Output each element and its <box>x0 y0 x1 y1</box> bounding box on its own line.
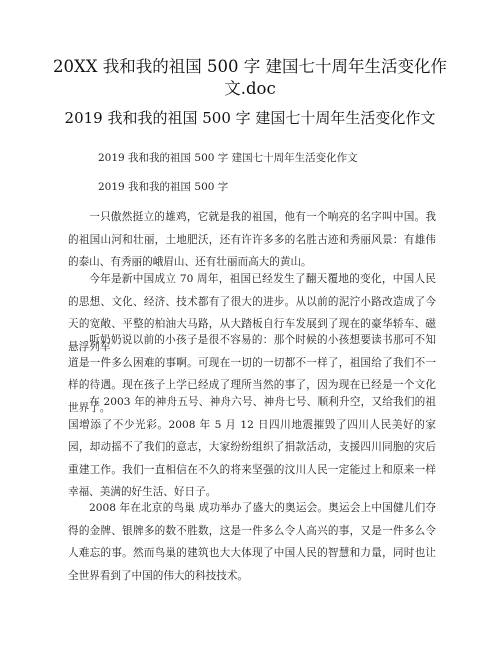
paragraph-5-text: 2008 年在北京的鸟巢 成功举办了盛大的奥运会。奥运会上中国健儿们夺得的金牌、… <box>68 502 436 582</box>
paragraph-1: 一只傲然挺立的雄鸡，它就是我的祖国，他有一个响亮的名字叫中国。我的祖国山河和壮丽… <box>68 206 436 274</box>
paragraph-4-text: 在 2003 年的神舟五号、神舟六号、神舟七号、顺利升空，又给我们的祖国增添了不… <box>68 396 436 498</box>
document-title: 20XX 我和我的祖国 500 字 建国七十周年生活变化作文.doc <box>40 56 460 100</box>
paragraph-4: 在 2003 年的神舟五号、神舟六号、神舟七号、顺利升空，又给我们的祖国增添了不… <box>68 391 436 504</box>
document-subtitle: 2019 我和我的祖国 500 字 建国七十周年生活变化作文 <box>40 108 460 128</box>
paragraph-1-text: 一只傲然挺立的雄鸡，它就是我的祖国，他有一个响亮的名字叫中国。我的祖国山河和壮丽… <box>68 211 436 268</box>
paragraph-5: 2008 年在北京的鸟巢 成功举办了盛大的奥运会。奥运会上中国健儿们夺得的金牌、… <box>68 497 436 587</box>
document-page: 20XX 我和我的祖国 500 字 建国七十周年生活变化作文.doc 2019 … <box>0 0 500 647</box>
heading-line-1: 2019 我和我的祖国 500 字 建国七十周年生活变化作文 <box>98 151 358 165</box>
heading-line-2: 2019 我和我的祖国 500 字 <box>98 180 228 194</box>
